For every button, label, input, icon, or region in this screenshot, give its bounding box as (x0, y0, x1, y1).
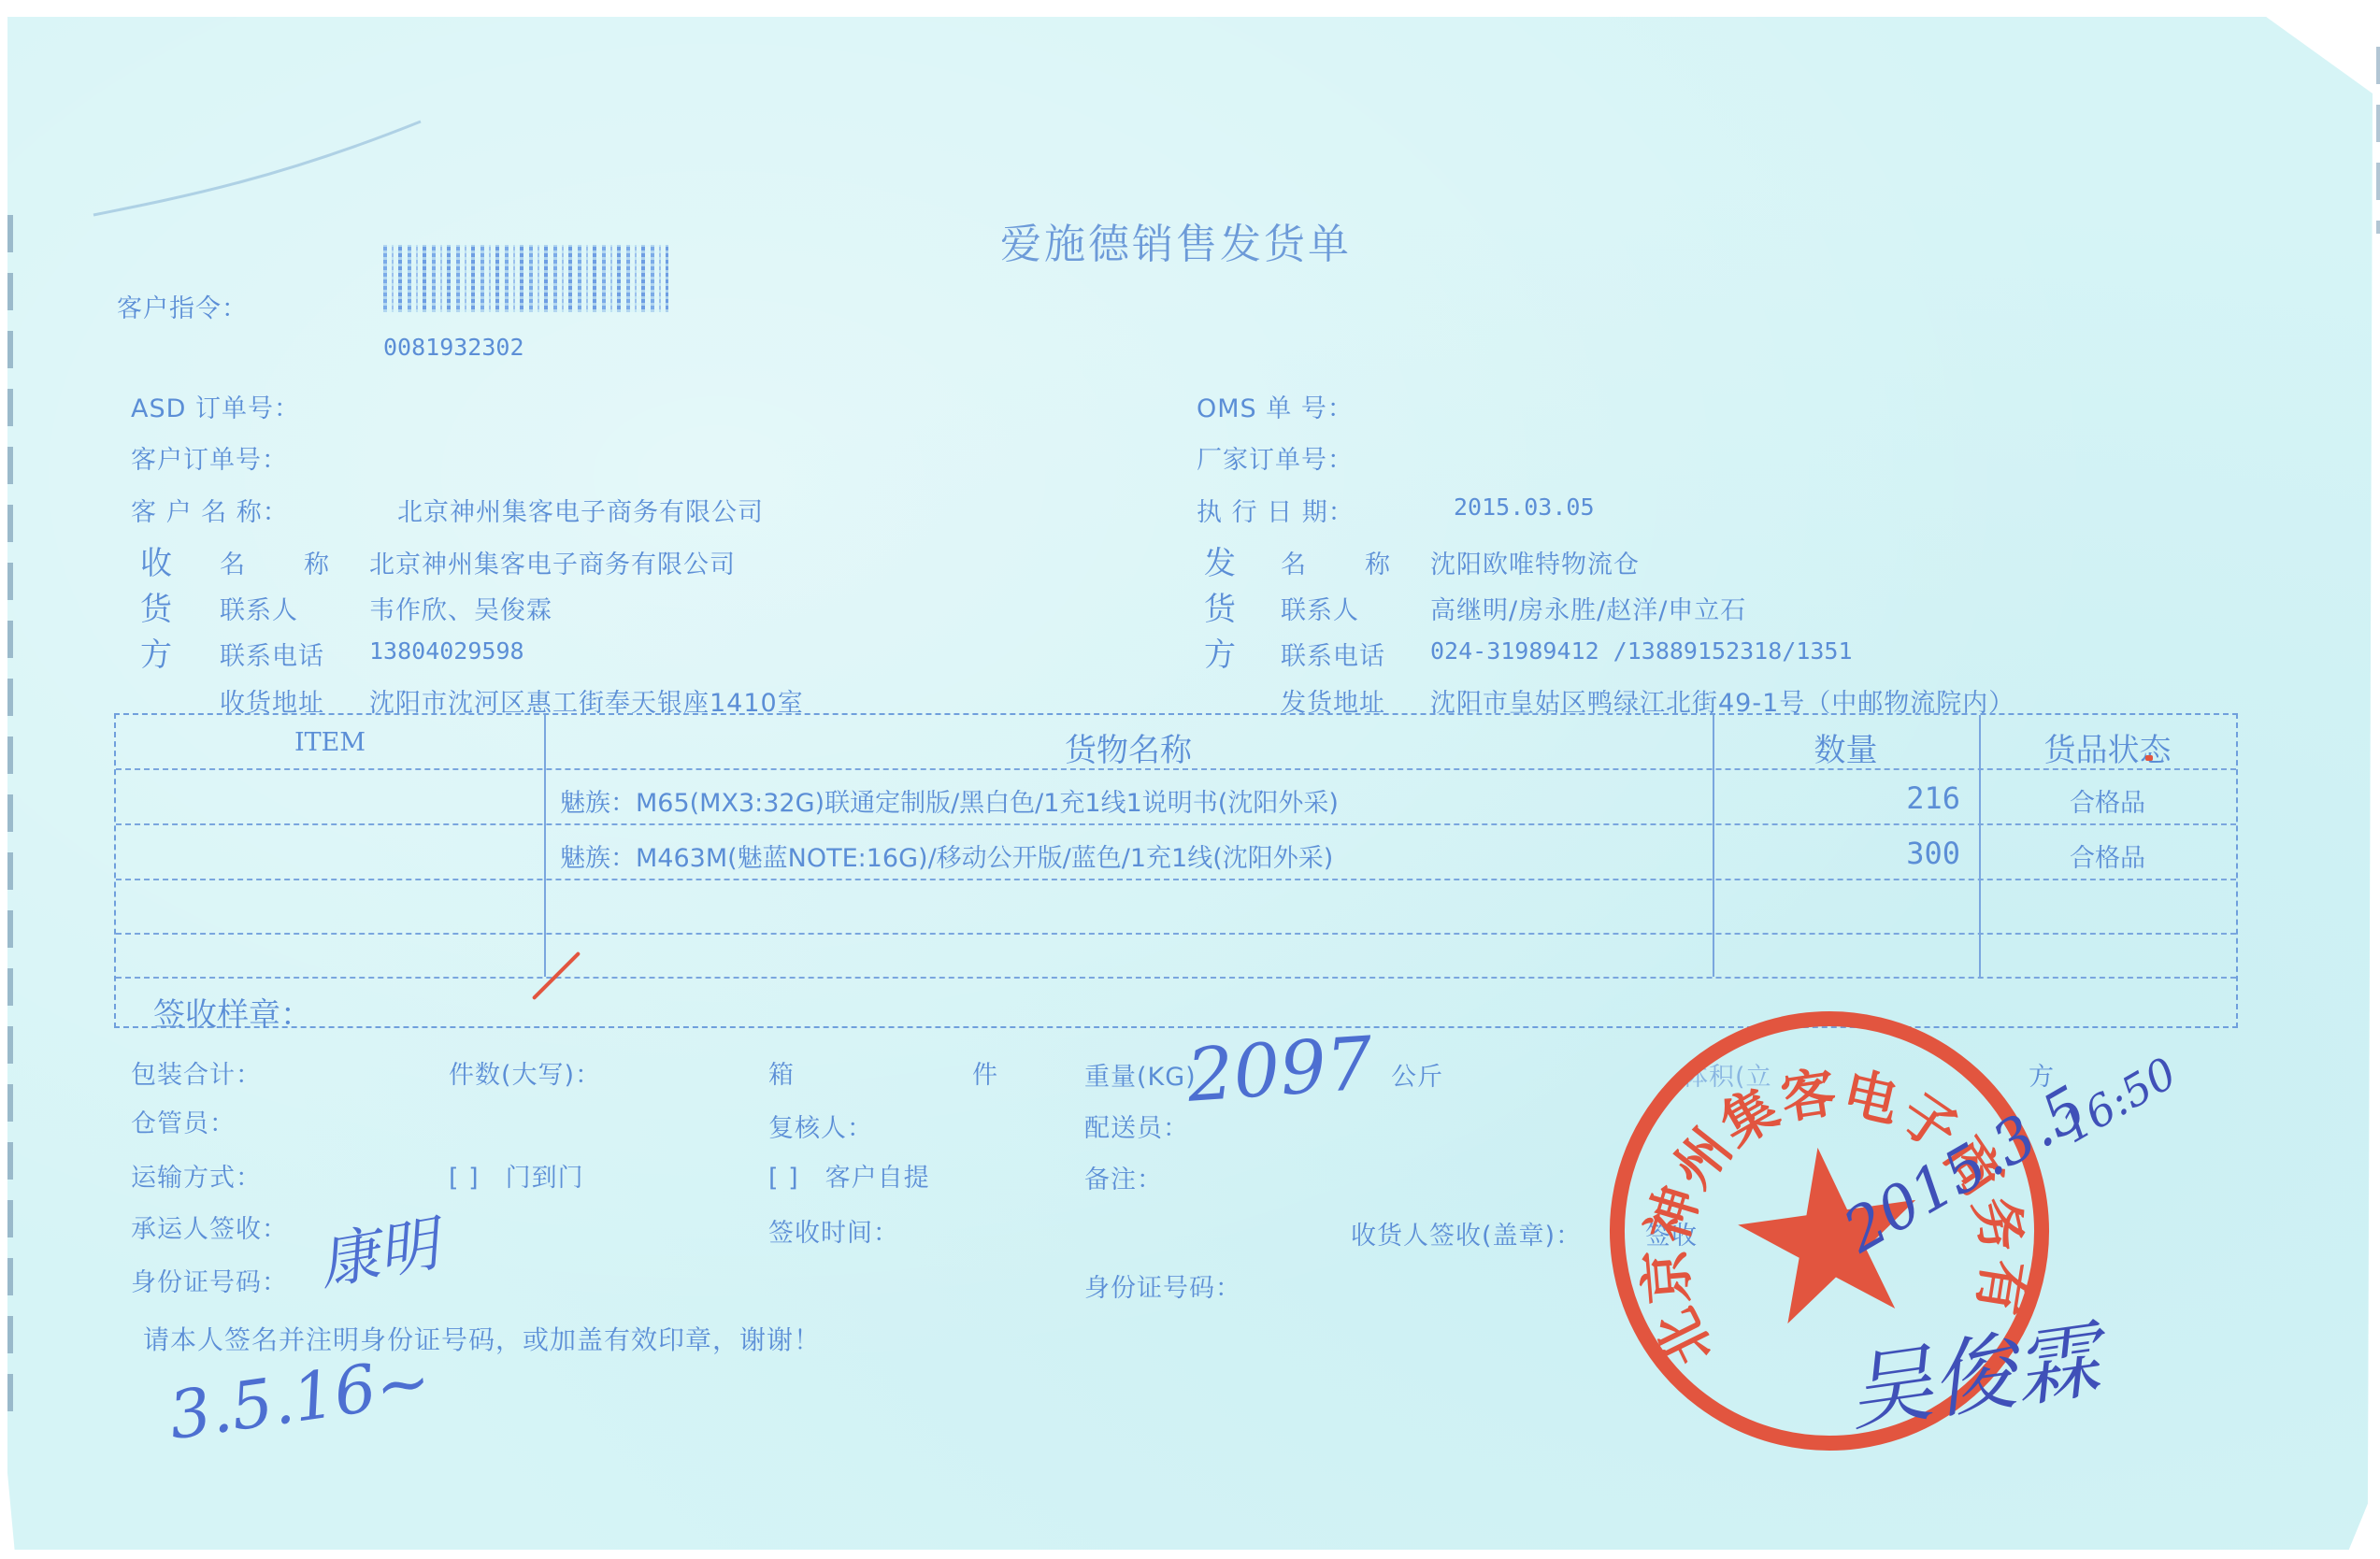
receiver-side-char: 收 (140, 537, 173, 583)
reviewer-label: 复核人： (768, 1108, 873, 1144)
shipper-contact-label: 联系人 (1281, 590, 1359, 626)
piece-count-label: 件数(大写)： (449, 1054, 601, 1091)
item-quantity: 216 (1713, 780, 1960, 816)
receiver-phone-value: 13804029598 (369, 637, 524, 665)
id-number-label-right: 身份证号码： (1084, 1267, 1241, 1304)
package-total-label: 包装合计： (131, 1054, 262, 1091)
red-ink-mark (2145, 755, 2153, 761)
receiver-side-char: 货 (140, 583, 173, 629)
asd-order-label: ASD 订单号： (131, 388, 300, 424)
exec-date-label: 执 行 日 期： (1197, 492, 1355, 528)
items-table: ITEM 货物名称 数量 货品状态 魅族：M65(MX3:32G)联通定制版/黑… (114, 713, 2238, 1028)
id-number-label: 身份证号码： (131, 1262, 288, 1298)
transport-label: 运输方式： (131, 1157, 262, 1194)
table-header-name: 货物名称 (544, 724, 1713, 770)
customer-name-label: 客 户 名 称： (131, 492, 289, 528)
oms-label: OMS 单 号： (1197, 388, 1354, 424)
item-name: 魅族：M65(MX3:32G)联通定制版/黑白色/1充1线1说明书(沈阳外采) (560, 782, 1339, 819)
table-divider (116, 977, 2236, 979)
carrier-sign-label: 承运人签收： (131, 1209, 288, 1245)
customer-name-value: 北京神州集客电子商务有限公司 (397, 492, 764, 528)
pencil-stroke (75, 112, 430, 224)
document-title: 爱施德销售发货单 (1000, 210, 1352, 270)
item-quantity: 300 (1713, 836, 1960, 871)
shipper-phone-label: 联系电话 (1281, 636, 1385, 672)
piece-label: 件 (972, 1054, 998, 1091)
signature-notice: 请本人签名并注明身份证号码，或加盖有效印章，谢谢！ (143, 1320, 821, 1357)
handwritten-weight: 2097 (1184, 1022, 1375, 1119)
shipper-side-char: 方 (1204, 629, 1237, 675)
receiver-contact-label: 联系人 (220, 590, 298, 626)
item-status: 合格品 (1979, 782, 2236, 819)
customer-instruction-label: 客户指令： (117, 288, 248, 324)
barcode-icon (383, 245, 668, 312)
perforation-right (2376, 47, 2380, 234)
receiver-contact-value: 韦作欣、吴俊霖 (369, 590, 552, 626)
table-divider (116, 879, 2236, 880)
transport-self-pickup-option[interactable]: [ ] 客户自提 (768, 1157, 930, 1194)
item-status: 合格品 (1979, 837, 2236, 874)
perforation-left (7, 215, 13, 1430)
shipper-contact-value: 高继明/房永胜/赵洋/申立石 (1430, 590, 1746, 626)
customer-order-label: 客户订单号： (131, 439, 288, 476)
remarks-label: 备注： (1084, 1159, 1163, 1195)
shipper-side-char: 发 (1204, 537, 1237, 583)
sign-time-label: 签收时间： (768, 1212, 899, 1249)
customer-instruction-number: 0081932302 (383, 334, 524, 361)
sign-sample-label: 签收样章： (153, 989, 312, 1035)
receiver-sign-label: 收货人签收(盖章)： (1351, 1215, 1582, 1251)
table-header-quantity: 数量 (1713, 724, 1979, 770)
shipper-side-char: 货 (1204, 583, 1237, 629)
item-name: 魅族：M463M(魅蓝NOTE:16G)/移动公开版/蓝色/1充1线(沈阳外采) (560, 837, 1333, 874)
table-divider (116, 933, 2236, 935)
transport-door-to-door-option[interactable]: [ ] 门到门 (449, 1157, 584, 1194)
shipper-name-label: 名 称 (1281, 544, 1407, 580)
receiver-phone-label: 联系电话 (220, 636, 324, 672)
vendor-order-label: 厂家订单号： (1197, 439, 1354, 476)
box-label: 箱 (768, 1054, 795, 1091)
table-divider (116, 823, 2236, 825)
table-header-item: ITEM (116, 728, 544, 757)
kg-unit-label: 公斤 (1391, 1056, 1443, 1093)
table-header-status: 货品状态 (1979, 724, 2236, 770)
deliverer-label: 配送员： (1084, 1108, 1189, 1144)
warehouse-keeper-label: 仓管员： (131, 1103, 236, 1139)
receiver-name-label: 名 称 (220, 544, 346, 580)
receiver-side-char: 方 (140, 629, 173, 675)
exec-date-value: 2015.03.05 (1454, 493, 1595, 521)
receiver-name-value: 北京神州集客电子商务有限公司 (369, 544, 736, 580)
shipper-phone-value: 024-31989412 /13889152318/1351 (1430, 637, 1853, 665)
weight-label: 重量(KG) (1084, 1056, 1197, 1093)
shipper-name-value: 沈阳欧唯特物流仓 (1430, 544, 1640, 580)
